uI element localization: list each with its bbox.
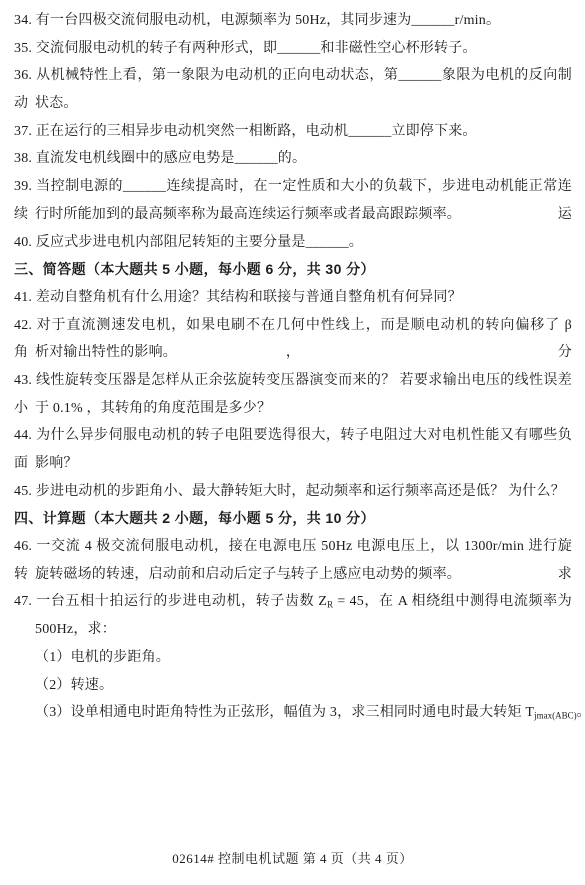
question-47-part-2: （2）转速。 — [14, 672, 572, 700]
question-35: 35. 交流伺服电动机的转子有两种形式，即______和非磁性空心杯形转子。 — [14, 35, 572, 63]
exam-body: 34. 有一台四极交流伺服电动机，电源频率为 50Hz，其同步速为______r… — [14, 7, 572, 727]
question-47-part-3-text-pre: （3）设单相通电时距角特性为正弦形，幅值为 3，求三相同时通电时最大转矩 T — [35, 705, 534, 720]
question-38: 38. 直流发电机线圈中的感应电势是______的。 — [14, 145, 572, 173]
question-43-line-2: 于 0.1% ，其转角的角度范围是多少？ — [14, 395, 572, 423]
question-47-part-1: （1）电机的步距角。 — [14, 644, 572, 672]
question-42-line-1: 42. 对于直流测速发电机，如果电刷不在几何中性线上，而是顺电动机的转向偏移了 … — [14, 312, 572, 340]
page-footer: 02614# 控制电机试题 第 4 页（共 4 页） — [0, 849, 585, 869]
question-40: 40. 反应式步进电机内部阻尼转矩的主要分量是______。 — [14, 229, 572, 257]
question-36-line-1: 36. 从机械特性上看，第一象限为电动机的正向电动状态，第______象限为电机… — [14, 62, 572, 90]
exam-document-page: 34. 有一台四极交流伺服电动机，电源频率为 50Hz，其同步速为______r… — [0, 0, 585, 885]
question-44-line-1: 44. 为什么异步伺服电动机的转子电阻要选得很大，转子电阻过大对电机性能又有哪些… — [14, 422, 572, 450]
question-36-line-2: 状态。 — [14, 90, 572, 118]
question-44-line-2: 影响？ — [14, 450, 572, 478]
question-46-line-1: 46. 一交流 4 极交流伺服电动机，接在电源电压 50Hz 电源电压上，以 1… — [14, 533, 572, 561]
question-45: 45. 步进电动机的步距角小、最大静转矩大时，起动频率和运行频率高还是低？ 为什… — [14, 478, 572, 506]
question-41: 41. 差动自整角机有什么用途？其结构和联接与普通自整角机有何异同？ — [14, 284, 572, 312]
question-47-text-post: = 45，在 A 相绕组中测得电流频率为 — [333, 594, 572, 609]
section-4-calculation-header: 四、计算题（本大题共 2 小题，每小题 5 分，共 10 分） — [14, 505, 572, 533]
question-37: 37. 正在运行的三相异步电动机突然一相断路，电动机______立即停下来。 — [14, 118, 572, 146]
question-47-line-1: 47. 一台五相十拍运行的步进电动机，转子齿数 ZR = 45，在 A 相绕组中… — [14, 588, 572, 616]
question-47-part-3-text-post: 。 — [577, 705, 585, 720]
question-47-part-3-subscript-tjmax: jmax(ABC) — [534, 710, 577, 720]
question-43-line-1: 43. 线性旋转变压器是怎样从正余弦旋转变压器演变而来的？ 若要求输出电压的线性… — [14, 367, 572, 395]
question-39-line-1: 39. 当控制电源的______连续提高时，在一定性质和大小的负载下，步进电动机… — [14, 173, 572, 201]
question-34: 34. 有一台四极交流伺服电动机，电源频率为 50Hz，其同步速为______r… — [14, 7, 572, 35]
section-3-short-answer-header: 三、简答题（本大题共 5 小题，每小题 6 分，共 30 分） — [14, 256, 572, 284]
question-47-text-pre: 47. 一台五相十拍运行的步进电动机，转子齿数 Z — [14, 594, 327, 609]
question-47-line-2: 500Hz，求： — [14, 616, 572, 644]
question-47-part-3: （3）设单相通电时距角特性为正弦形，幅值为 3，求三相同时通电时最大转矩 Tjm… — [14, 699, 572, 727]
